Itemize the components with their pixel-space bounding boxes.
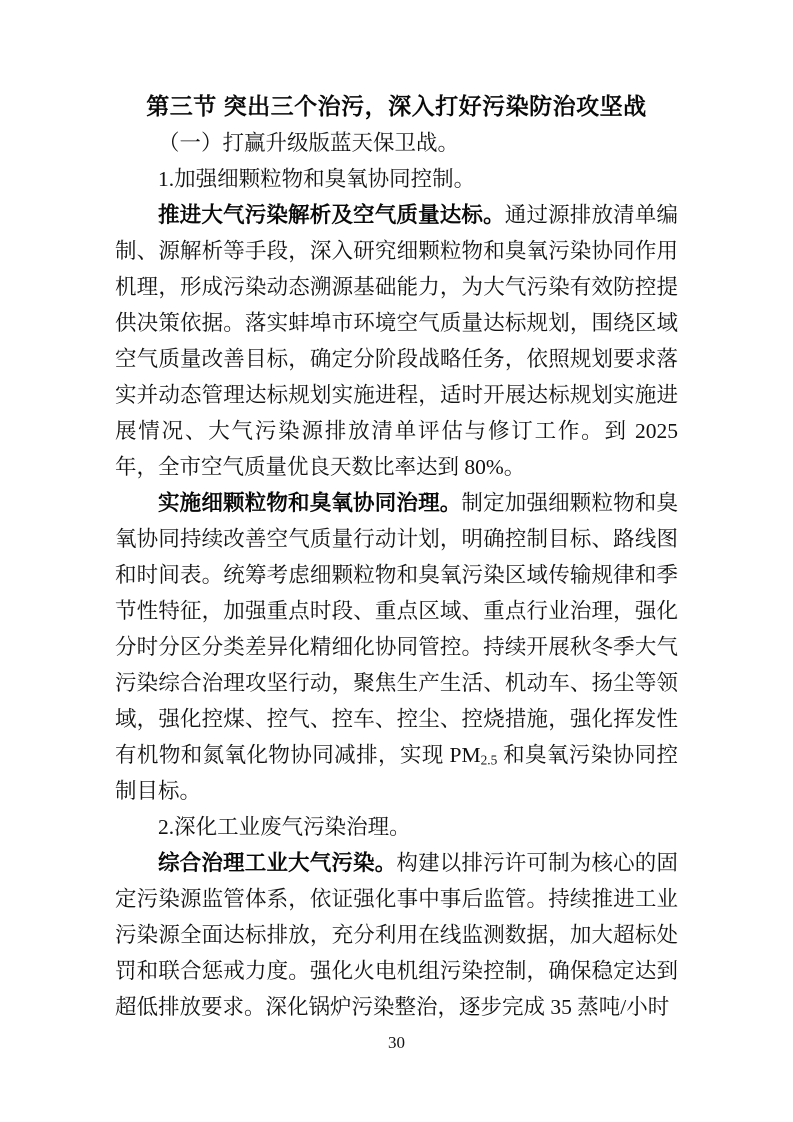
list-item-1-heading: 1.加强细颗粒物和臭氧协同控制。 (115, 161, 678, 197)
pm25-subscript: 2.5 (481, 752, 498, 767)
paragraph-1-lead: 推进大气污染解析及空气质量达标。 (158, 203, 505, 227)
paragraph-1-body: 通过源排放清单编制、源解析等手段，深入研究细颗粒物和臭氧污染协同作用机理，形成污… (115, 203, 678, 479)
section-heading: 第三节 突出三个治污，深入打好污染防治攻坚战 (115, 88, 678, 125)
document-content: 第三节 突出三个治污，深入打好污染防治攻坚战 （一）打赢升级版蓝天保卫战。 1.… (115, 88, 678, 1025)
paragraph-1: 推进大气污染解析及空气质量达标。通过源排放清单编制、源解析等手段，深入研究细颗粒… (115, 197, 678, 485)
paragraph-2-body-before: 制定加强细颗粒物和臭氧协同持续改善空气质量行动计划，明确控制目标、路线图和时间表… (115, 491, 678, 767)
paragraph-3: 综合治理工业大气污染。构建以排污许可制为核心的固定污染源监管体系，依证强化事中事… (115, 845, 678, 1025)
document-page: 第三节 突出三个治污，深入打好污染防治攻坚战 （一）打赢升级版蓝天保卫战。 1.… (0, 0, 793, 1122)
paragraph-2: 实施细颗粒物和臭氧协同治理。制定加强细颗粒物和臭氧协同持续改善空气质量行动计划，… (115, 485, 678, 809)
paragraph-3-lead: 综合治理工业大气污染。 (158, 851, 396, 875)
paragraph-3-body: 构建以排污许可制为核心的固定污染源监管体系，依证强化事中事后监管。持续推进工业污… (115, 851, 678, 1019)
subsection-heading: （一）打赢升级版蓝天保卫战。 (115, 125, 678, 161)
paragraph-2-lead: 实施细颗粒物和臭氧协同治理。 (158, 491, 461, 515)
list-item-2-heading: 2.深化工业废气污染治理。 (115, 809, 678, 845)
page-number: 30 (0, 1032, 793, 1054)
